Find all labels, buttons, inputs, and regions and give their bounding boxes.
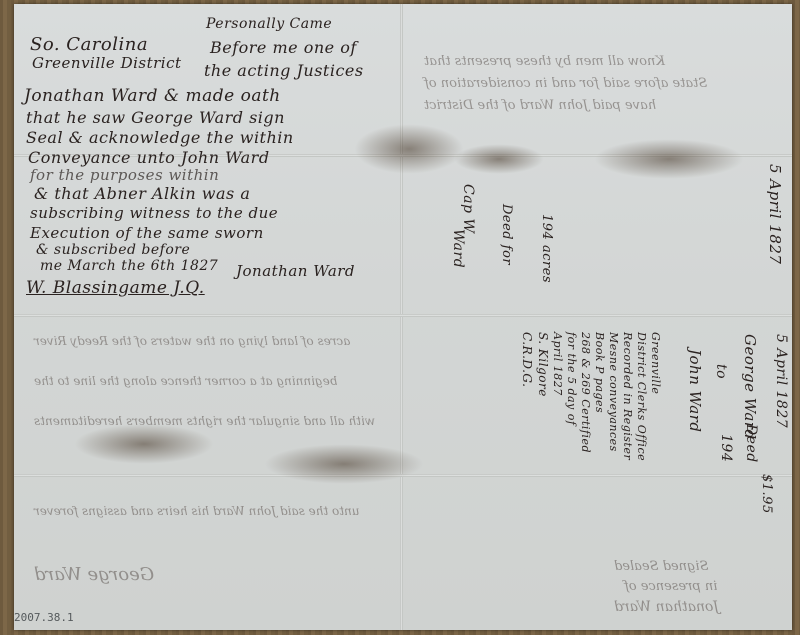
recording-line: Greenville (649, 332, 662, 394)
docket-amount: $1.95 (759, 474, 774, 514)
deponent-signature: Jonathan Ward (236, 262, 355, 280)
ink-stain (454, 144, 544, 174)
vertical-fold-crease (400, 4, 403, 630)
bleed-through-text: acres of land lying on the waters of the… (34, 334, 350, 348)
george-ward-signature-bleed: George Ward (34, 564, 154, 585)
side-note-line: Cap W (460, 184, 476, 233)
recording-line: April 1827 (551, 332, 564, 396)
bleed-through-text: beginning at a corner thence along the l… (34, 374, 337, 388)
affidavit-line: Execution of the same sworn (30, 224, 264, 242)
clerk-title: C.R.D.G. (520, 332, 534, 387)
docket-grantee: John Ward (686, 349, 704, 432)
affidavit-line: & subscribed before (36, 242, 190, 258)
docket-date: 5 April 1827 (766, 164, 784, 264)
side-note-line: Deed for (499, 204, 514, 265)
recording-line: Recorded in Register (621, 332, 634, 460)
document-sheet: So. Carolina Greenville District Persona… (14, 4, 792, 630)
bleed-through-text: have paid John Ward of the District (424, 98, 656, 113)
bleed-through-text: Know all men by these presents that (424, 54, 665, 69)
affidavit-line: Seal & acknowledge the within (26, 128, 294, 147)
bleed-through-text: State afore said for and in consideratio… (424, 76, 707, 91)
affidavit-line: Conveyance unto John Ward (28, 148, 270, 167)
justice-signature: W. Blassingame J.Q. (26, 278, 205, 298)
affidavit-line: for the purposes within (30, 166, 219, 184)
affidavit-line: Jonathan Ward & made oath (24, 86, 281, 106)
side-note-line: 194 acres (539, 214, 554, 283)
affidavit-line: Before me one of (210, 38, 357, 57)
affidavit-line: me March the 6th 1827 (40, 258, 218, 274)
witness-line: in presence of (624, 579, 717, 594)
witness-signature: Jonathan Ward (614, 599, 719, 615)
district-heading: Greenville District (32, 54, 182, 72)
witness-line: Signed Sealed (614, 559, 708, 574)
affidavit-line: Personally Came (206, 16, 332, 32)
affidavit-line: subscribing witness to the due (30, 204, 278, 222)
recording-line: 268 & 269 Certified (579, 332, 592, 453)
bleed-through-text: with all and singular the rights members… (34, 414, 375, 428)
affidavit-line: that he saw George Ward sign (26, 108, 285, 127)
recording-line: District Clerks Office (635, 332, 648, 461)
affidavit-line: & that Abner Alkin was a (34, 184, 250, 203)
docket-deed-label: Deed (743, 424, 759, 463)
recording-line: Book P pages (593, 332, 606, 413)
docket-date-2: 5 April 1827 (773, 334, 789, 428)
accession-number: 2007.38.1 (14, 611, 74, 624)
bleed-through-text: unto the said John Ward his heirs and as… (34, 504, 360, 518)
horizontal-fold-crease-2 (14, 314, 792, 317)
recording-line: for the 5 day of (565, 332, 578, 425)
docket-acres: 194 (718, 434, 734, 462)
state-heading: So. Carolina (30, 34, 148, 55)
clerk-signature: S. Kilgore (536, 332, 550, 397)
affidavit-line: the acting Justices (204, 61, 364, 80)
docket-to: to (713, 364, 729, 379)
recording-line: Mesne conveyances (607, 332, 620, 452)
ink-stain (594, 139, 744, 179)
ink-stain (354, 124, 464, 174)
ink-stain (74, 424, 214, 464)
side-note-line: Ward (450, 229, 466, 268)
ink-stain (264, 444, 424, 484)
